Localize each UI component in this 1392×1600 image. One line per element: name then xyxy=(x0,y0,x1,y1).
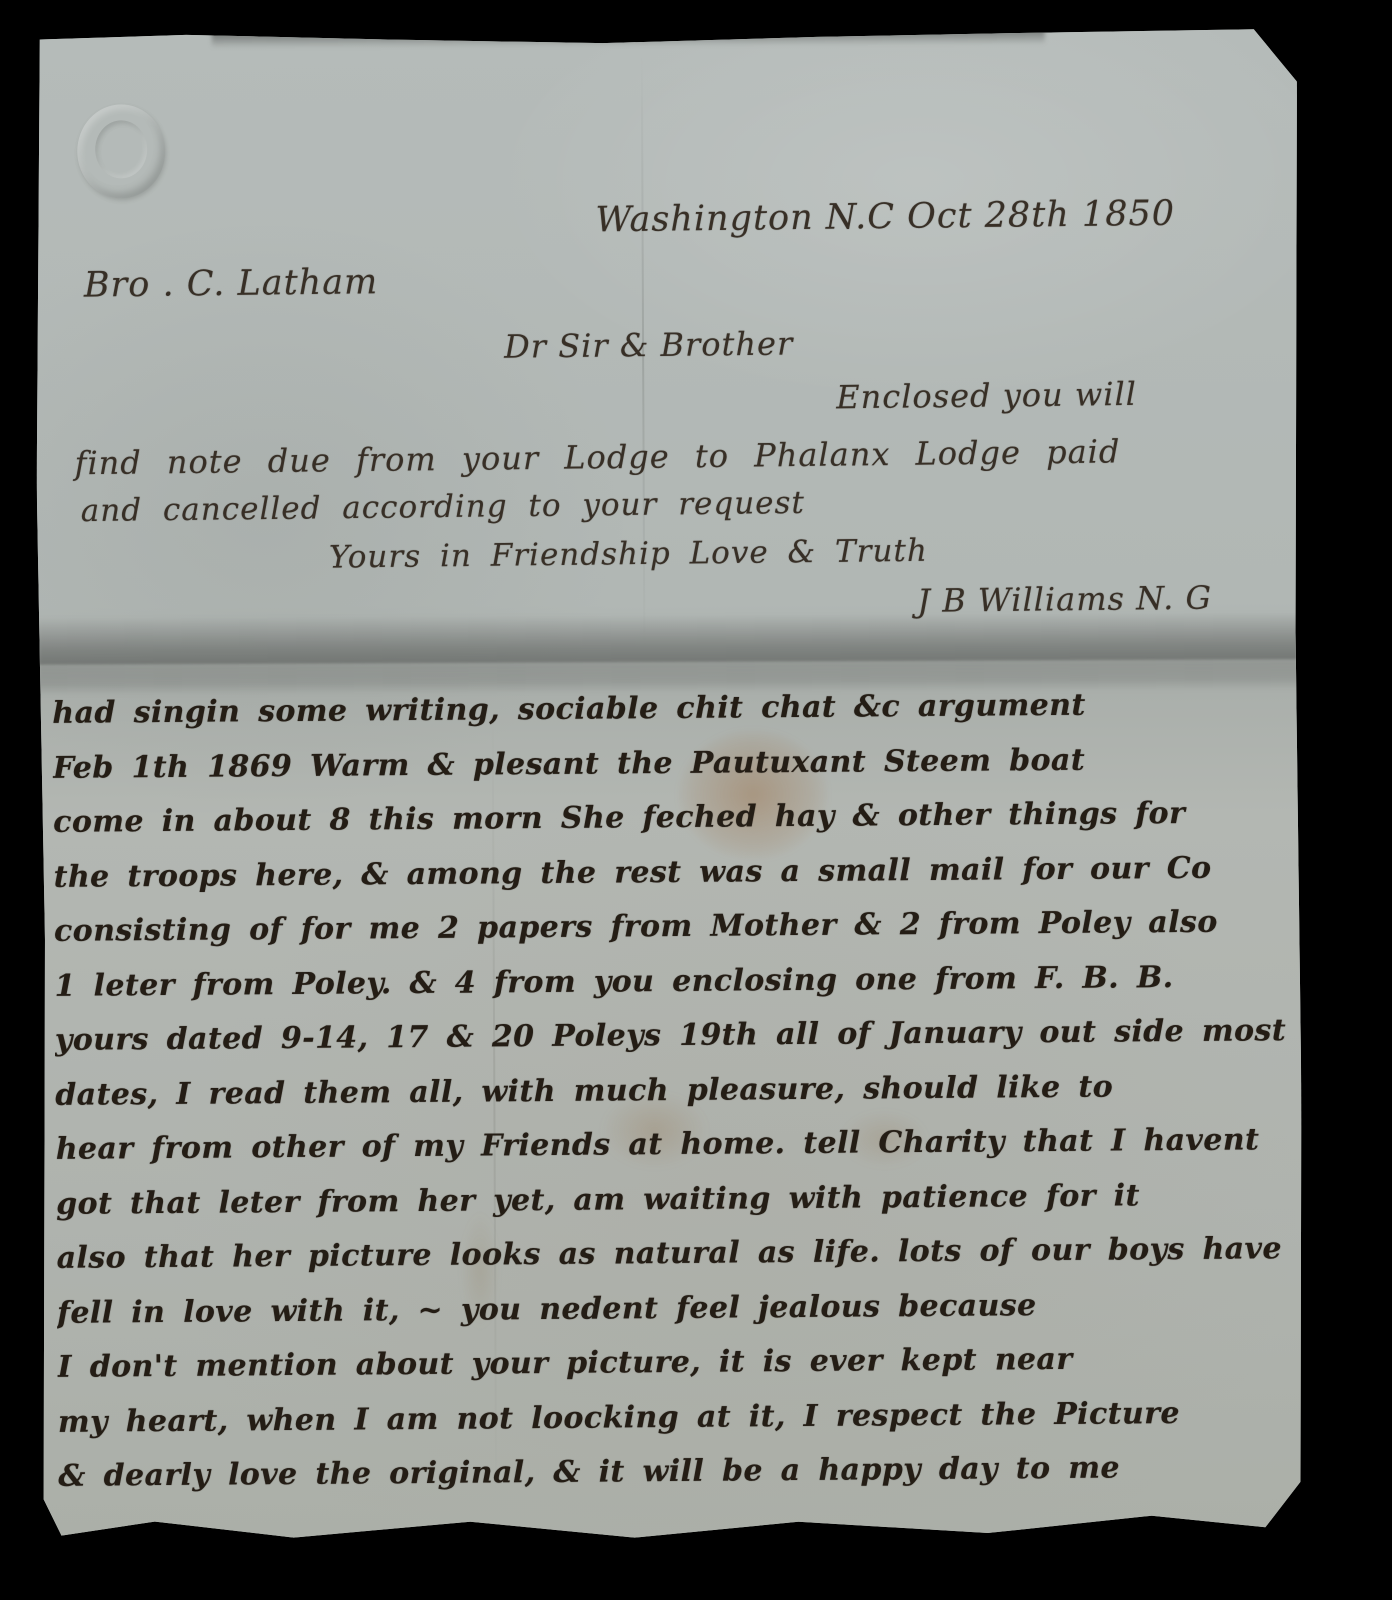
text-line: also that her picture looks as natural a… xyxy=(56,1222,1294,1286)
dateline: Washington N.C Oct 28th 1850 xyxy=(595,194,1175,241)
letter-lower-text: had singin some writing, sociable chit c… xyxy=(52,677,1296,1504)
letter-paper: Washington N.C Oct 28th 1850 Bro . C. La… xyxy=(35,27,1304,1544)
text-line: come in about 8 this morn She feched hay… xyxy=(53,786,1291,850)
text-line: had singin some writing, sociable chit c… xyxy=(52,677,1290,741)
body-line: Enclosed you will xyxy=(836,375,1137,416)
photo-background: { "letter_top": { "dateline": "Washingto… xyxy=(0,0,1392,1600)
text-line: & dearly love the original, & it will be… xyxy=(58,1440,1296,1504)
text-line: my heart, when I am not loocking at it, … xyxy=(58,1386,1296,1450)
salutation-line: Dr Sir & Brother xyxy=(504,324,794,365)
text-line: 1 leter from Poley. & 4 from you enclosi… xyxy=(54,950,1292,1014)
embossed-seal-inner xyxy=(95,120,147,178)
text-line: got that leter from her yet, am waiting … xyxy=(56,1168,1294,1232)
text-line: yours dated 9-14, 17 & 20 Poleys 19th al… xyxy=(55,1004,1293,1068)
closing-line: Yours in Friendship Love & Truth xyxy=(329,533,928,576)
text-line: fell in love with it, ~ you nedent feel … xyxy=(57,1277,1295,1341)
embossed-seal xyxy=(77,104,165,198)
text-line: dates, I read them all, with much pleasu… xyxy=(55,1059,1293,1123)
text-line: consisting of for me 2 papers from Mothe… xyxy=(54,895,1292,959)
signature-line: J B Williams N. G xyxy=(917,579,1212,620)
paper-top-shadow xyxy=(211,28,1044,48)
body-line: and cancelled according to your request xyxy=(81,485,805,529)
body-line: find note due from your Lodge to Phalanx… xyxy=(74,432,1120,482)
text-line: the troops here, & among the rest was a … xyxy=(53,841,1291,905)
text-line: hear from other of my Friends at home. t… xyxy=(56,1113,1294,1177)
text-line: I don't mention about your picture, it i… xyxy=(57,1331,1295,1395)
text-line: Feb 1th 1869 Warm & plesant the Pautuxan… xyxy=(53,732,1291,796)
addressee-line: Bro . C. Latham xyxy=(84,262,379,305)
